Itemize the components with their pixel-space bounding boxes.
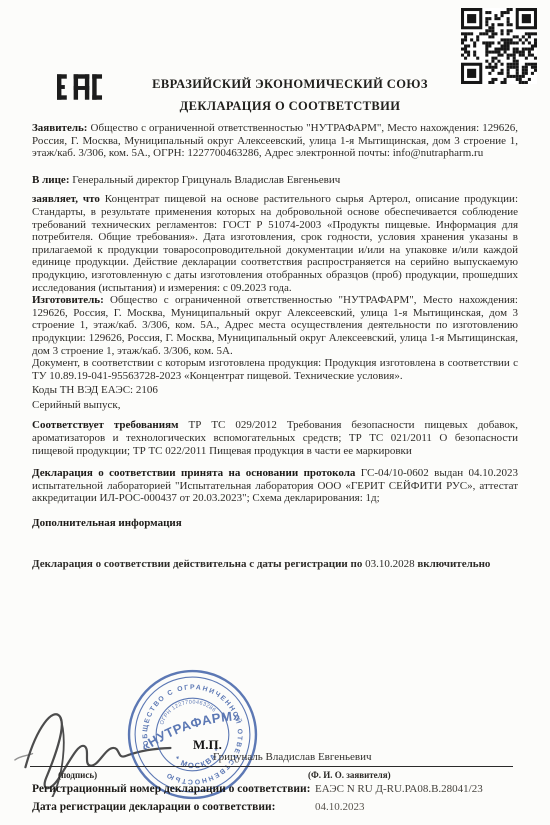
manufacturer-text: Общество с ограниченной ответственностью… — [32, 294, 518, 356]
reg-number-value: ЕАЭС N RU Д-RU.РА08.В.28041/23 — [315, 783, 483, 795]
serial-line: Серийный выпуск, — [32, 399, 518, 412]
reg-date-label: Дата регистрации декларации о соответств… — [32, 801, 275, 813]
protocol-label: Декларация о соответствии принята на осн… — [32, 467, 355, 479]
manufacturer-paragraph: Изготовитель: Общество с ограниченной от… — [32, 294, 518, 357]
stamp-ring-text: ОБЩЕСТВО С ОГРАНИЧЕННОЙ ОТВЕТСТВЕННОСТЬЮ — [131, 673, 255, 796]
declares-paragraph: заявляет, что Концентрат пищевой на осно… — [32, 193, 518, 294]
signatory-name: Грицуналь Владислав Евгеньевич — [213, 751, 372, 763]
document-basis-paragraph: Документ, в соответствии с которым изгот… — [32, 357, 518, 382]
document-body: Заявитель: Общество с ограниченной ответ… — [32, 122, 518, 570]
conforms-label: Соответствует требованиям — [32, 419, 179, 431]
reg-number-label: Регистрационный номер декларации о соотв… — [32, 783, 311, 795]
applicant-paragraph: Заявитель: Общество с ограниченной ответ… — [32, 122, 518, 160]
signature-rule — [30, 766, 513, 767]
reg-date-value: 04.10.2023 — [315, 801, 365, 813]
validity-date: 03.10.2028 — [365, 558, 415, 570]
qr-code-icon — [461, 8, 537, 84]
signature-caption: (подпись) — [58, 770, 97, 780]
validity-suffix: включительно — [417, 558, 490, 570]
manufacturer-label: Изготовитель: — [32, 294, 104, 306]
declaration-document: ЕВРАЗИЙСКИЙ ЭКОНОМИЧЕСКИЙ СОЮЗ ДЕКЛАРАЦИ… — [0, 0, 550, 825]
represented-paragraph: В лице: Генеральный директор Грицуналь В… — [32, 174, 518, 187]
represented-label: В лице: — [32, 174, 69, 186]
name-caption: (Ф. И. О. заявителя) — [308, 770, 391, 780]
additional-info-text: Дополнительная информация — [32, 517, 182, 529]
protocol-paragraph: Декларация о соответствии принята на осн… — [32, 467, 518, 505]
additional-info-label: Дополнительная информация — [32, 517, 518, 530]
represented-text: Генеральный директор Грицуналь Владислав… — [72, 174, 340, 186]
svg-text:ОБЩЕСТВО С ОГРАНИЧЕННОЙ ОТВЕТС: ОБЩЕСТВО С ОГРАНИЧЕННОЙ ОТВЕТСТВЕННОСТЬЮ — [131, 673, 255, 796]
document-title: ДЕКЛАРАЦИЯ О СООТВЕТСТВИИ — [30, 99, 550, 114]
declares-text: Концентрат пищевой на основе растительно… — [32, 193, 518, 293]
declares-label: заявляет, что — [32, 193, 100, 205]
validity-label: Декларация о соответствии действительна … — [32, 558, 362, 570]
applicant-text: Общество с ограниченной ответственностью… — [32, 122, 518, 159]
tnved-line: Коды ТН ВЭД ЕАЭС: 2106 — [32, 384, 518, 397]
conforms-paragraph: Соответствует требованиям ТР ТС 029/2012… — [32, 419, 518, 457]
validity-line: Декларация о соответствии действительна … — [32, 558, 518, 571]
applicant-label: Заявитель: — [32, 122, 87, 134]
